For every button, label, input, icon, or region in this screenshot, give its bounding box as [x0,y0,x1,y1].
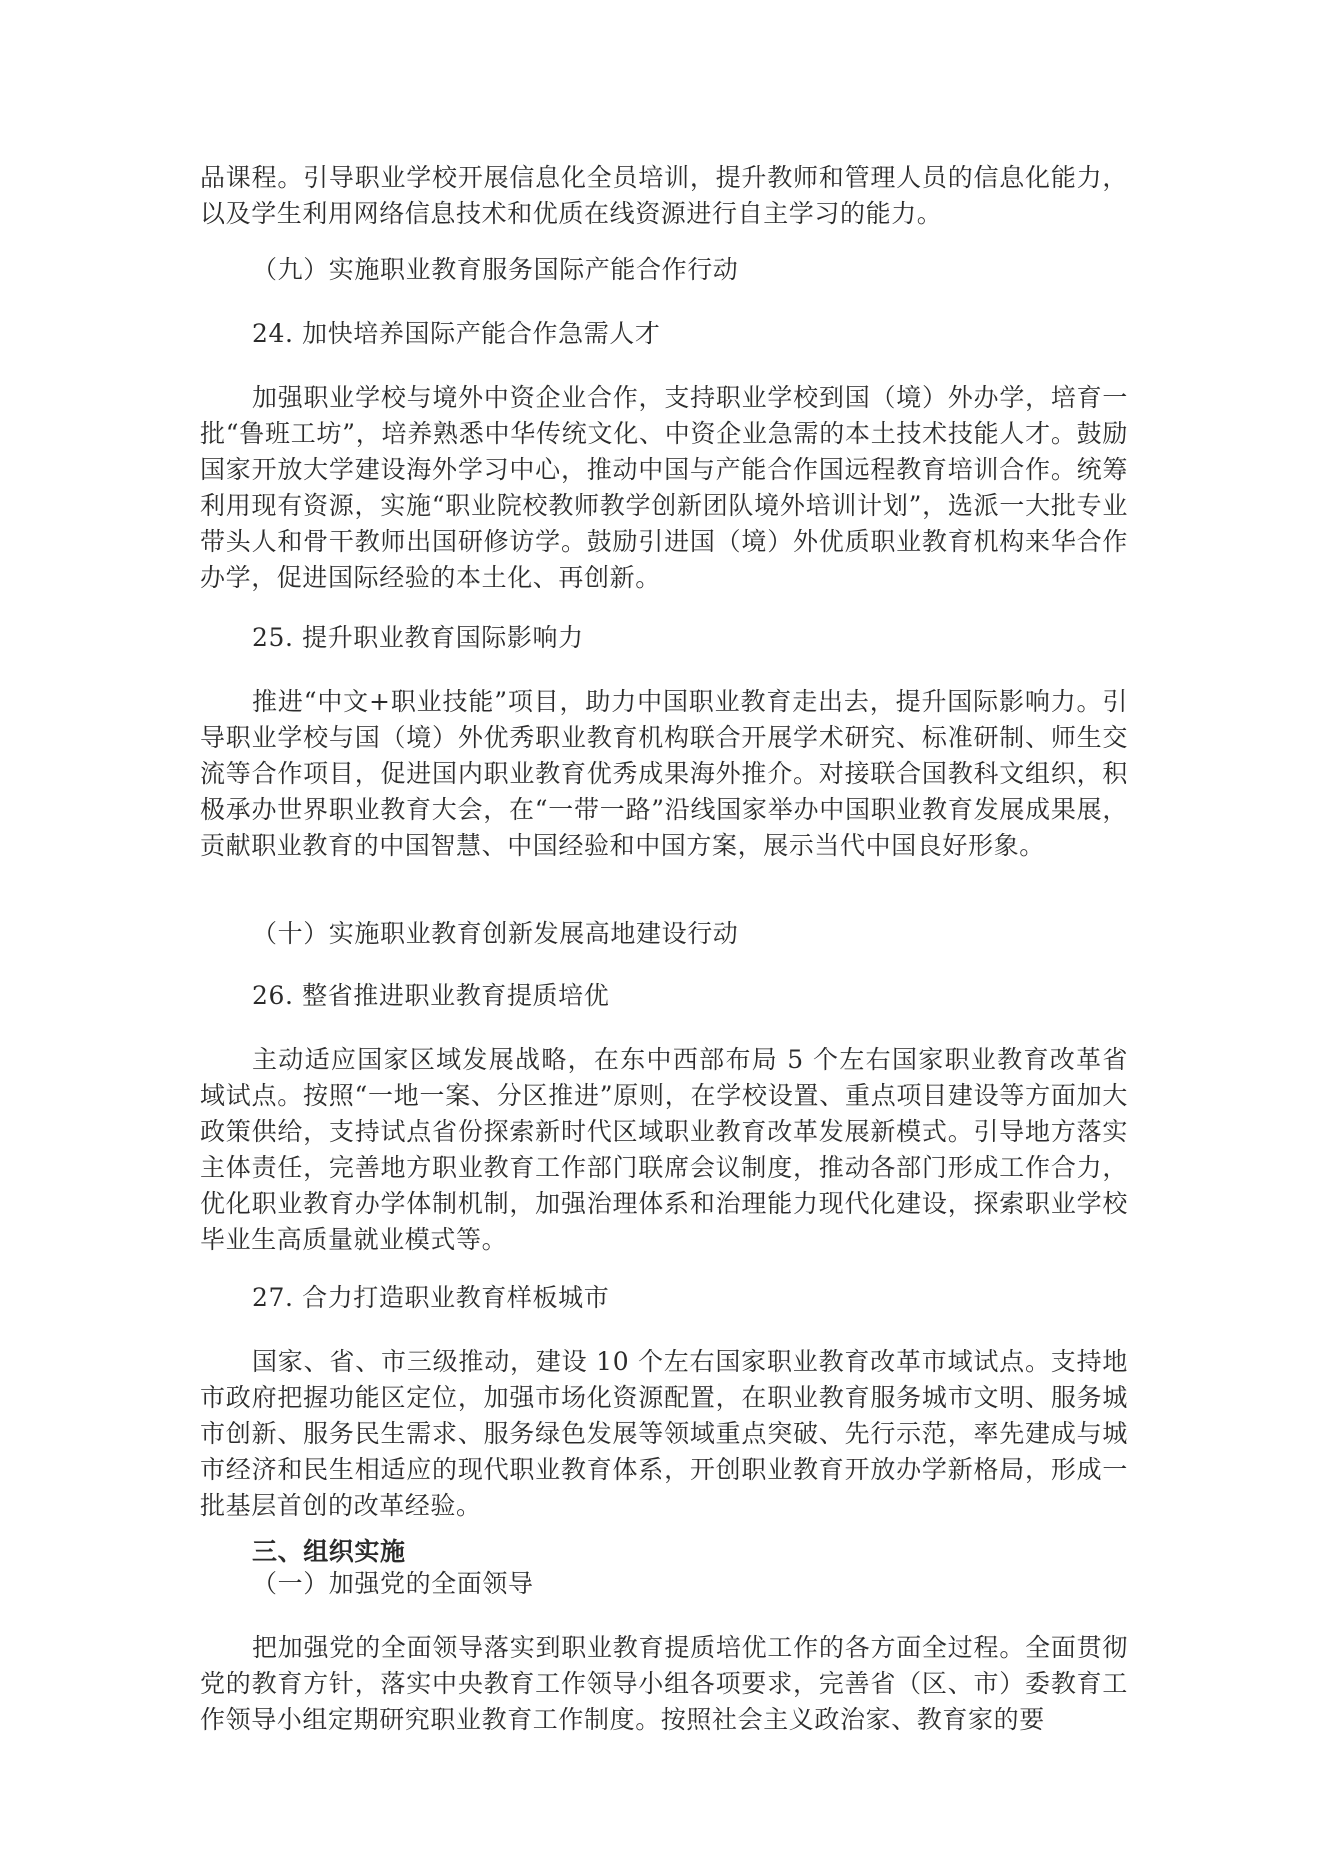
section-heading-1: （一）加强党的全面领导 [200,1566,1180,1602]
subsection-heading-24: 24. 加快培养国际产能合作急需人才 [200,316,1180,352]
section-heading-10: （十）实施职业教育创新发展高地建设行动 [200,916,1180,952]
subsection-heading-25: 25. 提升职业教育国际影响力 [200,620,1180,656]
paragraph-25: 推进“中文+职业技能”项目，助力中国职业教育走出去，提升国际影响力。引导职业学校… [200,684,1128,864]
paragraph-party-leadership: 把加强党的全面领导落实到职业教育提质培优工作的各方面全过程。全面贯彻党的教育方针… [200,1630,1128,1738]
subsection-heading-27: 27. 合力打造职业教育样板城市 [200,1280,1180,1316]
chapter-heading-3: 三、组织实施 [200,1534,1180,1570]
subsection-heading-26: 26. 整省推进职业教育提质培优 [200,978,1180,1014]
paragraph-24: 加强职业学校与境外中资企业合作，支持职业学校到国（境）外办学，培育一批“鲁班工坊… [200,380,1128,596]
paragraph-26: 主动适应国家区域发展战略，在东中西部布局 5 个左右国家职业教育改革省域试点。按… [200,1042,1128,1258]
section-heading-9: （九）实施职业教育服务国际产能合作行动 [200,252,1180,288]
paragraph-continuation: 品课程。引导职业学校开展信息化全员培训，提升教师和管理人员的信息化能力，以及学生… [200,160,1128,232]
paragraph-27: 国家、省、市三级推动，建设 10 个左右国家职业教育改革市域试点。支持地市政府把… [200,1344,1128,1524]
